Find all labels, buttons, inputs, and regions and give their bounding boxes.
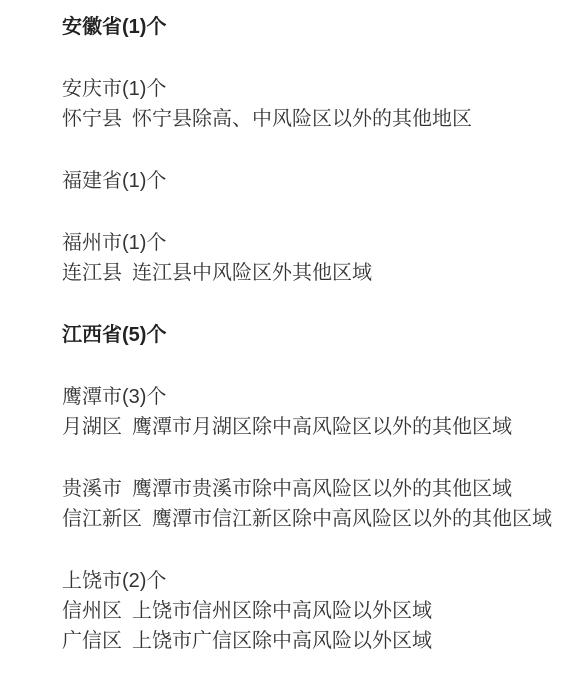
- risk-area-document: 安徽省(1)个 安庆市(1)个 怀宁县怀宁县除高、中风险区以外的其他地区 福建省…: [0, 0, 567, 677]
- area-description: 上饶市信州区除中高风险以外区域: [132, 600, 432, 622]
- area-description: 鹰潭市月湖区除中高风险区以外的其他区域: [132, 416, 512, 438]
- province-section-jiangxi: 江西省(5)个: [62, 320, 547, 350]
- area-group-guixi-xinjiang: 贵溪市鹰潭市贵溪市除中高风险区以外的其他区域 信江新区鹰潭市信江新区除中高风险区…: [62, 474, 547, 534]
- area-description: 连江县中风险区外其他区域: [132, 262, 372, 284]
- city-count-line: 上饶市(2)个: [62, 566, 547, 596]
- area-name: 怀宁县: [62, 108, 122, 130]
- area-name: 贵溪市: [62, 478, 122, 500]
- area-line: 连江县连江县中风险区外其他区域: [62, 258, 547, 288]
- province-section-fujian: 福建省(1)个: [62, 166, 547, 196]
- area-line: 贵溪市鹰潭市贵溪市除中高风险区以外的其他区域: [62, 474, 547, 504]
- city-group-yingtan: 鹰潭市(3)个 月湖区鹰潭市月湖区除中高风险区以外的其他区域: [62, 382, 547, 442]
- area-line: 广信区上饶市广信区除中高风险以外区域: [62, 626, 547, 656]
- area-description: 鹰潭市贵溪市除中高风险区以外的其他区域: [132, 478, 512, 500]
- area-name: 月湖区: [62, 416, 122, 438]
- area-line: 信州区上饶市信州区除中高风险以外区域: [62, 596, 547, 626]
- area-line: 月湖区鹰潭市月湖区除中高风险区以外的其他区域: [62, 412, 547, 442]
- area-description: 上饶市广信区除中高风险以外区域: [132, 630, 432, 652]
- province-section-anhui: 安徽省(1)个: [62, 12, 547, 42]
- area-description: 怀宁县除高、中风险区以外的其他地区: [132, 108, 472, 130]
- city-count-line: 鹰潭市(3)个: [62, 382, 547, 412]
- city-count-line: 福州市(1)个: [62, 228, 547, 258]
- province-heading: 江西省(5)个: [62, 320, 547, 350]
- province-heading: 福建省(1)个: [62, 166, 547, 196]
- city-group-fuzhou: 福州市(1)个 连江县连江县中风险区外其他区域: [62, 228, 547, 288]
- area-name: 信州区: [62, 600, 122, 622]
- province-heading: 安徽省(1)个: [62, 12, 547, 42]
- area-name: 连江县: [62, 262, 122, 284]
- area-name: 广信区: [62, 630, 122, 652]
- city-group-shangrao: 上饶市(2)个 信州区上饶市信州区除中高风险以外区域 广信区上饶市广信区除中高风…: [62, 566, 547, 656]
- city-group-anqing: 安庆市(1)个 怀宁县怀宁县除高、中风险区以外的其他地区: [62, 74, 547, 134]
- area-line: 信江新区鹰潭市信江新区除中高风险区以外的其他区域: [62, 504, 547, 534]
- city-count-line: 安庆市(1)个: [62, 74, 547, 104]
- area-description: 鹰潭市信江新区除中高风险区以外的其他区域: [152, 508, 552, 530]
- area-line: 怀宁县怀宁县除高、中风险区以外的其他地区: [62, 104, 547, 134]
- area-name: 信江新区: [62, 508, 142, 530]
